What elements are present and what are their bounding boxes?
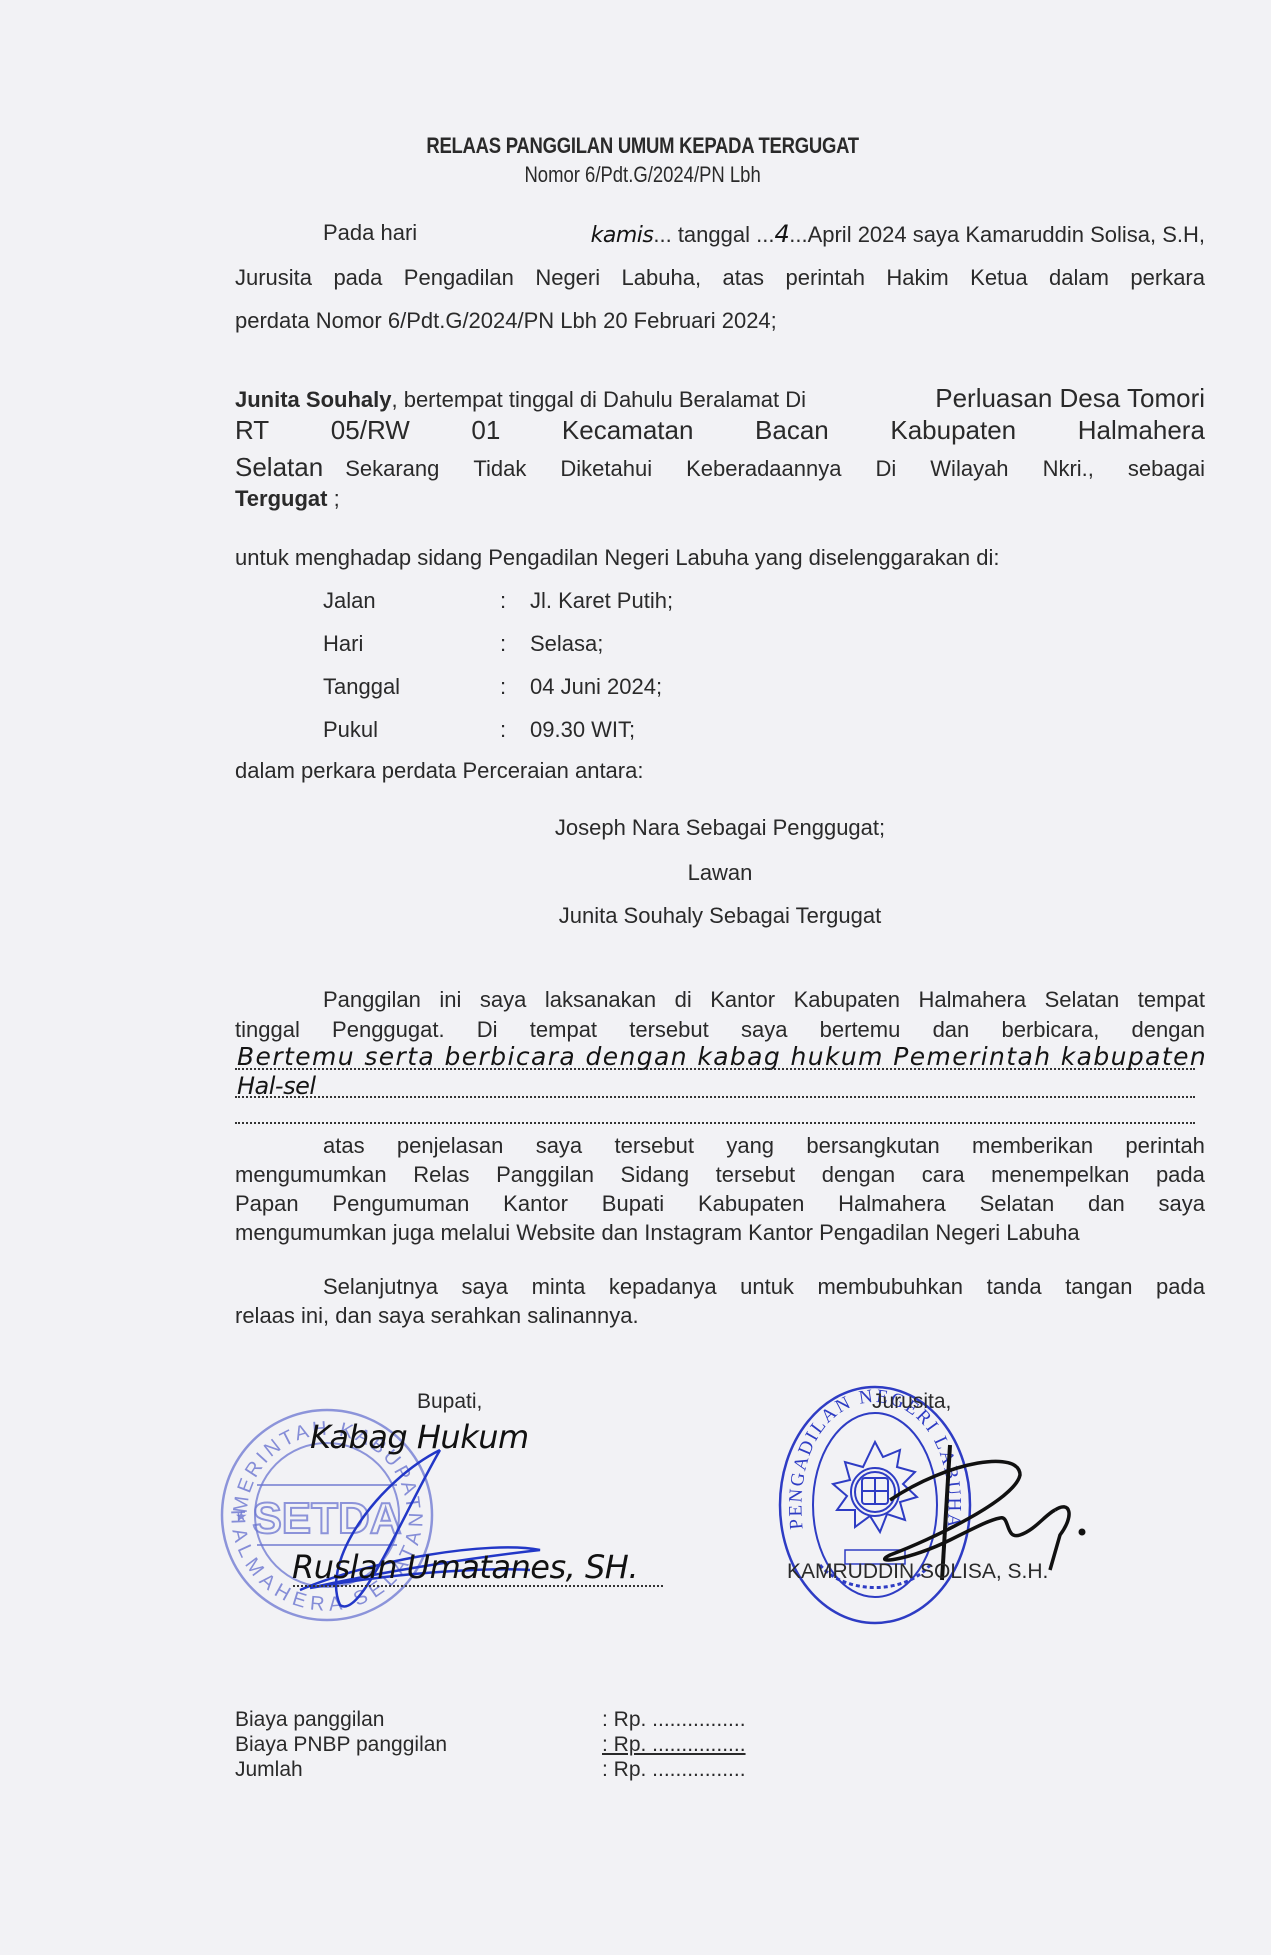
- word: kepadanya: [609, 1274, 717, 1300]
- hearing-value: 09.30 WIT;: [530, 717, 635, 743]
- hearing-sep: :: [500, 674, 506, 700]
- word: Kantor: [503, 1191, 568, 1217]
- word: tempat: [530, 1017, 597, 1043]
- handwritten-meeting-note: Bertemu serta berbicara dengan kabag huk…: [237, 1042, 1207, 1071]
- word: Selanjutnya: [323, 1274, 438, 1300]
- fee-label: Biaya panggilan: [235, 1708, 384, 1732]
- word: dan: [1088, 1191, 1125, 1217]
- word: tersebut: [716, 1162, 796, 1188]
- announcement-line-1: ataspenjelasansayatersebutyangbersangkut…: [323, 1133, 1205, 1159]
- word: untuk: [740, 1274, 794, 1300]
- opening-line-3: perdata Nomor 6/Pdt.G/2024/PN Lbh 20 Feb…: [235, 308, 777, 334]
- word: berbicara,: [1001, 1017, 1099, 1043]
- fee-label: Biaya PNBP panggilan: [235, 1733, 447, 1757]
- word: Kecamatan: [562, 415, 694, 446]
- execution-line-2: tinggalPenggugat.Ditempattersebutsayaber…: [235, 1017, 1205, 1043]
- word: dengan: [1132, 1017, 1205, 1043]
- defendant-role: Tergugat: [235, 486, 327, 511]
- word: RT: [235, 415, 269, 446]
- hearing-sep: :: [500, 631, 506, 657]
- word: tersebut: [629, 1017, 709, 1043]
- opening-mid: ... tanggal ...: [653, 222, 774, 247]
- word: sebagai: [1128, 456, 1205, 482]
- opening-rest: ...April 2024 saya Kamaruddin Solisa, S.…: [789, 222, 1205, 247]
- word: bertemu: [820, 1017, 901, 1043]
- word: Sidang: [621, 1162, 690, 1188]
- word: Pengumuman: [332, 1191, 469, 1217]
- versus-label: Lawan: [470, 860, 970, 886]
- word: menempelkan: [991, 1162, 1129, 1188]
- fee-value: : Rp. ................: [602, 1758, 746, 1782]
- word: dan: [933, 1017, 970, 1043]
- word: cara: [922, 1162, 965, 1188]
- word: memberikan: [972, 1133, 1093, 1159]
- word: bersangkutan: [806, 1133, 939, 1159]
- word: Kabupaten: [698, 1191, 804, 1217]
- word: atas: [323, 1133, 365, 1159]
- hearing-label: Hari: [323, 631, 363, 657]
- word: membubuhkan: [817, 1274, 963, 1300]
- word: saya: [462, 1274, 508, 1300]
- word: minta: [532, 1274, 586, 1300]
- word: tangan: [1065, 1274, 1132, 1300]
- word: pada: [1156, 1162, 1205, 1188]
- handwritten-signatory-name: Ruslan Umatanes, SH.: [292, 1548, 638, 1586]
- word: Keberadaannya: [686, 456, 841, 482]
- word: saya: [1158, 1191, 1204, 1217]
- bailiff-name: KAMRUDDIN SOLISA, S.H.: [787, 1560, 1048, 1584]
- word: penjelasan: [397, 1133, 503, 1159]
- left-signatory-role: Bupati,: [417, 1390, 482, 1414]
- word: tersebut: [615, 1133, 695, 1159]
- fee-label: Jumlah: [235, 1758, 303, 1782]
- handwritten-date: 4: [774, 220, 789, 248]
- dotted-line-2: [235, 1096, 1195, 1098]
- hearing-label: Pukul: [323, 717, 378, 743]
- signature-line: [293, 1585, 663, 1587]
- word: Selatan: [980, 1191, 1055, 1217]
- word: Tidak: [473, 456, 526, 482]
- word: saya: [536, 1133, 582, 1159]
- hearing-value: 04 Juni 2024;: [530, 674, 662, 700]
- plaintiff: Joseph Nara Sebagai Penggugat;: [470, 815, 970, 841]
- word: saya: [741, 1017, 787, 1043]
- word: Kabupaten: [890, 415, 1016, 446]
- word: Panggilan: [496, 1162, 594, 1188]
- svg-text:★: ★: [235, 1508, 248, 1524]
- word: Nkri.,: [1043, 456, 1094, 482]
- opening-line-2: Jurusita pada Pengadilan Negeri Labuha, …: [235, 265, 1205, 291]
- closing-line-1: Selanjutnyasayamintakepadanyauntukmembub…: [323, 1274, 1205, 1300]
- case-intro: dalam perkara perdata Perceraian antara:: [235, 758, 643, 784]
- defendant-line-3: Selatan SekarangTidakDiketahuiKeberadaan…: [235, 452, 1205, 483]
- word: Bacan: [755, 415, 829, 446]
- announcement-line-2: mengumumkanRelasPanggilanSidangtersebutd…: [235, 1162, 1205, 1188]
- hearing-label: Jalan: [323, 588, 376, 614]
- word: Sekarang: [345, 456, 439, 482]
- word: Wilayah: [930, 456, 1008, 482]
- word: Halmahera: [838, 1191, 946, 1217]
- word: Di: [477, 1017, 498, 1043]
- defendant-party: Junita Souhaly Sebagai Tergugat: [470, 903, 970, 929]
- word: 01: [471, 415, 500, 446]
- hearing-value: Jl. Karet Putih;: [530, 588, 673, 614]
- right-signatory-role: Jurusita,: [872, 1390, 951, 1414]
- defendant-line-4: Tergugat ;: [235, 486, 340, 512]
- handwritten-day: kamis: [591, 223, 654, 248]
- word: Papan: [235, 1191, 299, 1217]
- hearing-intro: untuk menghadap sidang Pengadilan Negeri…: [235, 545, 999, 571]
- announcement-line-4: mengumumkan juga melalui Website dan Ins…: [235, 1220, 1080, 1246]
- word: tinggal: [235, 1017, 300, 1043]
- hearing-value: Selasa;: [530, 631, 603, 657]
- hearing-sep: :: [500, 588, 506, 614]
- closing-line-2: relaas ini, dan saya serahkan salinannya…: [235, 1303, 639, 1329]
- word: tanda: [987, 1274, 1042, 1300]
- bupati-signature-icon: [290, 1440, 550, 1620]
- opening-line-1: Pada hari kamis... tanggal ...4...April …: [323, 220, 1205, 248]
- word: Penggugat.: [332, 1017, 445, 1043]
- defendant-line-1: Junita Souhaly, bertempat tinggal di Dah…: [235, 383, 1205, 414]
- defendant-address-region: Selatan: [235, 452, 323, 483]
- defendant-name: Junita Souhaly: [235, 387, 391, 412]
- word: Halmahera: [1078, 415, 1205, 446]
- dotted-line-3: [235, 1122, 1195, 1124]
- announcement-line-3: PapanPengumumanKantorBupatiKabupatenHalm…: [235, 1191, 1205, 1217]
- fee-value: : Rp. ................: [602, 1708, 746, 1732]
- word: pada: [1156, 1274, 1205, 1300]
- word: dengan: [822, 1162, 895, 1188]
- word: yang: [726, 1133, 774, 1159]
- word: Diketahui: [560, 456, 652, 482]
- word: Bupati: [602, 1191, 664, 1217]
- execution-line-1: Panggilan ini saya laksanakan di Kantor …: [323, 987, 1205, 1013]
- word: Di: [876, 456, 897, 482]
- document-number: Nomor 6/Pdt.G/2024/PN Lbh: [0, 162, 1271, 188]
- dotted-line-1: [235, 1068, 1195, 1070]
- fee-value: : Rp. ................: [602, 1733, 746, 1757]
- word: perintah: [1125, 1133, 1205, 1159]
- word: Relas: [413, 1162, 469, 1188]
- defendant-line-2: RT05/RW01KecamatanBacanKabupatenHalmaher…: [235, 415, 1205, 446]
- word: 05/RW: [331, 415, 410, 446]
- document-title: RELAAS PANGGILAN UMUM KEPADA TERGUGAT: [0, 133, 1271, 159]
- hearing-label: Tanggal: [323, 674, 400, 700]
- opening-prefix: Pada hari: [323, 220, 417, 248]
- defendant-address-village: Perluasan Desa Tomori: [935, 383, 1205, 414]
- defendant-role-suffix: ;: [327, 486, 339, 511]
- hearing-sep: :: [500, 717, 506, 743]
- word: mengumumkan: [235, 1162, 387, 1188]
- defendant-address-prefix: , bertempat tinggal di Dahulu Beralamat …: [391, 387, 806, 412]
